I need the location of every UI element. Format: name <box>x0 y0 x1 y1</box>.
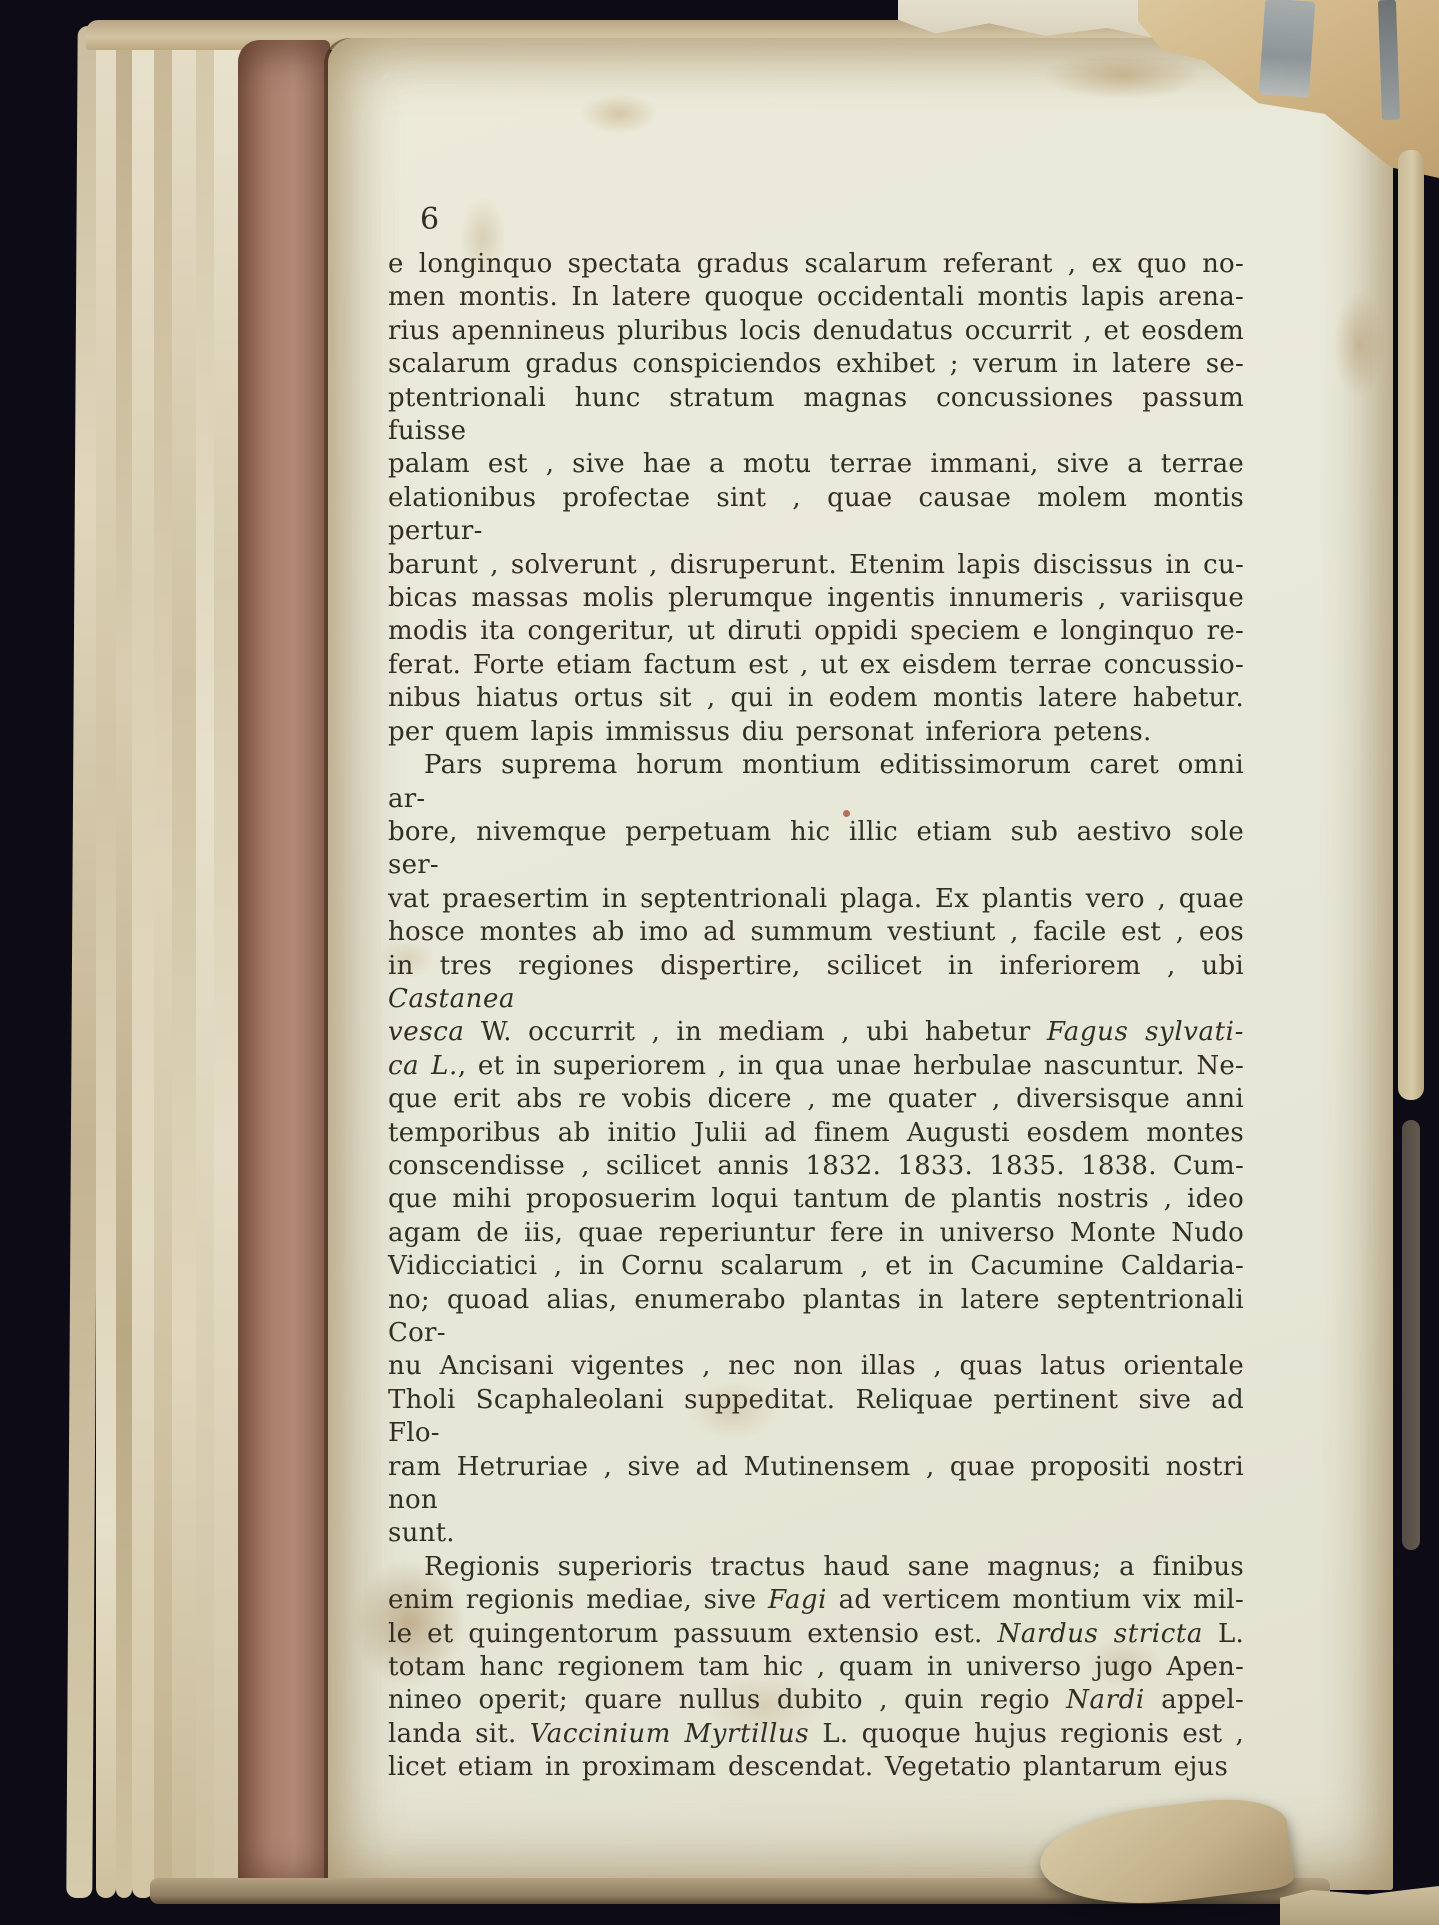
text-line: per quem lapis immissus diu personat inf… <box>388 716 1244 749</box>
text-line: modis ita congeritur, ut diruti oppidi s… <box>388 615 1244 648</box>
page-number: 6 <box>420 202 440 237</box>
text-line: bore, nivemque perpetuam hic illic etiam… <box>388 816 1244 883</box>
text-line: ptentrionali hunc stratum magnas concuss… <box>388 382 1244 449</box>
text-line: nineo operit; quare nullus dubito , quin… <box>388 1684 1244 1717</box>
text-line: Tholi Scaphaleolani suppeditat. Reliquae… <box>388 1384 1244 1451</box>
text-line: le et quingentorum passuum extensio est.… <box>388 1618 1244 1651</box>
text-line: ca L., et in superiorem , in qua unae he… <box>388 1050 1244 1083</box>
text-line: barunt , solverunt , disruperunt. Etenim… <box>388 549 1244 582</box>
paragraph: e longinquo spectata gradus scalarum ref… <box>388 248 1244 749</box>
text-line: agam de iis, quae reperiuntur fere in un… <box>388 1217 1244 1250</box>
text-line: que mihi proposuerim loqui tantum de pla… <box>388 1183 1244 1216</box>
page-edge-strip <box>116 26 132 1898</box>
text-line: no; quoad alias, enumerabo plantas in la… <box>388 1284 1244 1351</box>
text-line: vat praesertim in septentrionali plaga. … <box>388 883 1244 916</box>
text-line: vesca W. occurrit , in mediam , ubi habe… <box>388 1016 1244 1049</box>
text-line: men montis. In latere quoque occidentali… <box>388 281 1244 314</box>
text-block: e longinquo spectata gradus scalarum ref… <box>388 248 1244 1785</box>
text-line: ram Hetruriae , sive ad Mutinensem , qua… <box>388 1451 1244 1518</box>
paragraph: Pars suprema horum montium editissimorum… <box>388 749 1244 1551</box>
text-line: que erit abs re vobis dicere , me quater… <box>388 1083 1244 1116</box>
page-edge-strip <box>196 26 214 1898</box>
text-line: nu Ancisani vigentes , nec non illas , q… <box>388 1350 1244 1383</box>
text-line: hosce montes ab imo ad summum vestiunt ,… <box>388 916 1244 949</box>
text-line: palam est , sive hae a motu terrae imman… <box>388 448 1244 481</box>
text-line: landa sit. Vaccinium Myrtillus L. quoque… <box>388 1718 1244 1751</box>
text-line: sunt. <box>388 1517 1244 1550</box>
paper-stain <box>1324 270 1394 420</box>
text-line: ferat. Forte etiam factum est , ut ex ei… <box>388 649 1244 682</box>
text-line: Regionis superioris tractus haud sane ma… <box>388 1551 1244 1584</box>
text-line: licet etiam in proximam descendat. Veget… <box>388 1751 1244 1784</box>
text-line: conscendisse , scilicet annis 1832. 1833… <box>388 1150 1244 1183</box>
underpage-pink-edge <box>238 40 330 1892</box>
page-edge-strip <box>96 26 116 1898</box>
text-line: Pars suprema horum montium editissimorum… <box>388 749 1244 816</box>
paragraph: Regionis superioris tractus haud sane ma… <box>388 1551 1244 1785</box>
page-stack-edges <box>72 26 262 1898</box>
text-line: Vidicciatici , in Cornu scalarum , et in… <box>388 1250 1244 1283</box>
text-line: nibus hiatus ortus sit , qui in eodem mo… <box>388 682 1244 715</box>
text-line: in tres regiones dispertire, scilicet in… <box>388 950 1244 1017</box>
text-line: scalarum gradus conspiciendos exhibet ; … <box>388 348 1244 381</box>
text-line: temporibus ab initio Julii ad finem Augu… <box>388 1117 1244 1150</box>
binding-tape <box>1259 0 1316 98</box>
text-line: rius apennineus pluribus locis denudatus… <box>388 315 1244 348</box>
text-line: bicas massas molis plerumque ingentis in… <box>388 582 1244 615</box>
adjacent-page-edge <box>1398 150 1424 1100</box>
page-edge-strip <box>214 26 240 1898</box>
page-edge-strip <box>172 26 196 1898</box>
adjacent-page-edge <box>1402 1120 1420 1550</box>
page-edge-strip <box>154 26 172 1898</box>
book-page: 6 e longinquo spectata gradus scalarum r… <box>328 38 1393 1890</box>
text-line: enim regionis mediae, sive Fagi ad verti… <box>388 1584 1244 1617</box>
text-line: e longinquo spectata gradus scalarum ref… <box>388 248 1244 281</box>
text-line: elationibus profectae sint , quae causae… <box>388 482 1244 549</box>
paper-stain <box>564 86 674 142</box>
text-line: totam hanc regionem tam hic , quam in un… <box>388 1651 1244 1684</box>
scanned-book-photo: 6 e longinquo spectata gradus scalarum r… <box>0 0 1439 1925</box>
page-edge-strip <box>132 26 154 1898</box>
